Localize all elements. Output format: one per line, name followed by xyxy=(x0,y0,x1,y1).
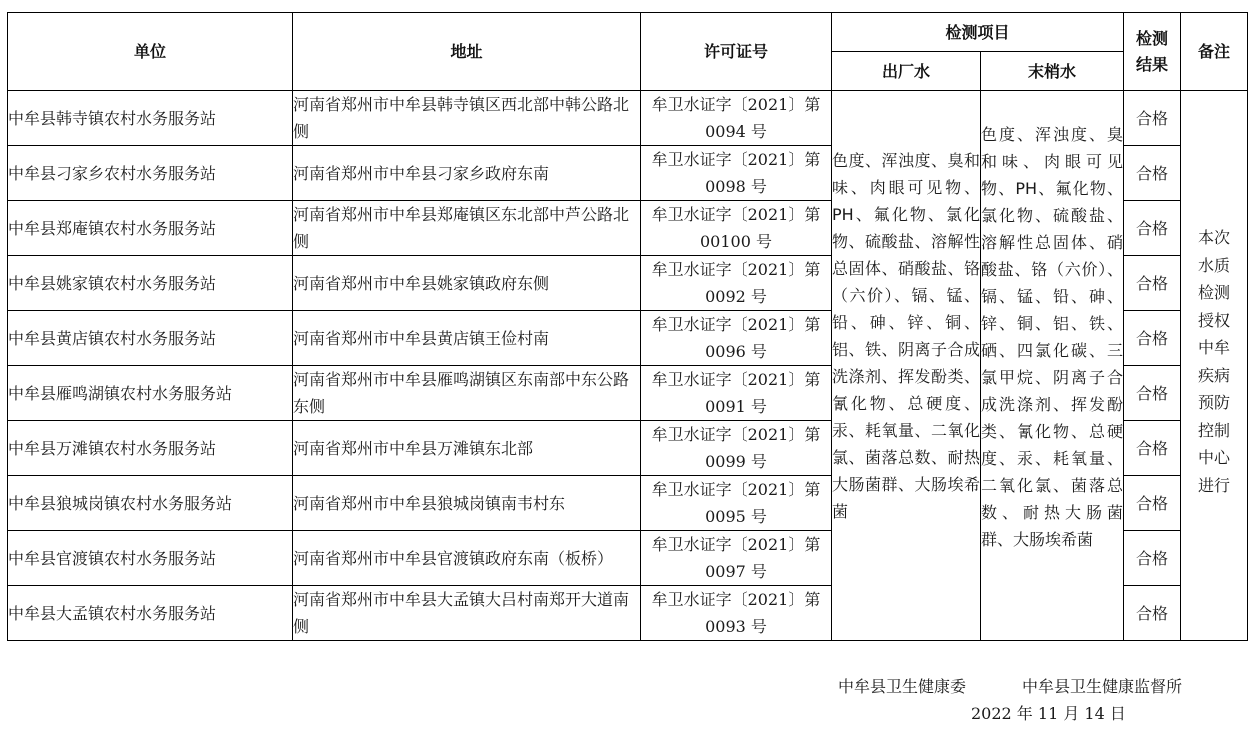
address-cell: 河南省郑州市中牟县韩寺镇区西北部中韩公路北侧 xyxy=(293,91,641,146)
table-row: 中牟县韩寺镇农村水务服务站 河南省郑州市中牟县韩寺镇区西北部中韩公路北侧 牟卫水… xyxy=(8,91,1248,146)
license-number: 0096 号 xyxy=(641,338,831,365)
address-cell: 河南省郑州市中牟县狼城岗镇南韦村东 xyxy=(293,476,641,531)
license-number: 0098 号 xyxy=(641,173,831,200)
remark-text: 本次水质检测授权中牟疾病预防控制中心进行 xyxy=(1197,224,1231,499)
footer-org-supervision-office: 中牟县卫生健康监督所 xyxy=(1022,674,1182,697)
license-cell: 牟卫水证字〔2021〕第0095 号 xyxy=(641,476,832,531)
license-prefix: 牟卫水证字〔2021〕第 xyxy=(641,531,831,558)
result-cell: 合格 xyxy=(1124,256,1181,311)
address-cell: 河南省郑州市中牟县官渡镇政府东南（板桥） xyxy=(293,531,641,586)
header-endpoint-water: 末梢水 xyxy=(981,52,1124,91)
unit-cell: 中牟县韩寺镇农村水务服务站 xyxy=(8,91,293,146)
license-cell: 牟卫水证字〔2021〕第0091 号 xyxy=(641,366,832,421)
license-cell: 牟卫水证字〔2021〕第0098 号 xyxy=(641,146,832,201)
footer-date: 2022 年 11 月 14 日 xyxy=(971,701,1126,724)
header-test-result: 检测结果 xyxy=(1124,13,1181,91)
license-number: 0091 号 xyxy=(641,393,831,420)
header-unit: 单位 xyxy=(8,13,293,91)
unit-cell: 中牟县大孟镇农村水务服务站 xyxy=(8,586,293,641)
license-number: 0095 号 xyxy=(641,503,831,530)
result-cell: 合格 xyxy=(1124,586,1181,641)
license-prefix: 牟卫水证字〔2021〕第 xyxy=(641,146,831,173)
result-cell: 合格 xyxy=(1124,421,1181,476)
result-cell: 合格 xyxy=(1124,311,1181,366)
result-cell: 合格 xyxy=(1124,146,1181,201)
header-test-items: 检测项目 xyxy=(832,13,1124,52)
license-number: 0099 号 xyxy=(641,448,831,475)
license-number: 00100 号 xyxy=(641,228,831,255)
result-cell: 合格 xyxy=(1124,476,1181,531)
result-cell: 合格 xyxy=(1124,531,1181,586)
result-cell: 合格 xyxy=(1124,201,1181,256)
address-cell: 河南省郑州市中牟县郑庵镇区东北部中芦公路北侧 xyxy=(293,201,641,256)
license-cell: 牟卫水证字〔2021〕第0099 号 xyxy=(641,421,832,476)
license-prefix: 牟卫水证字〔2021〕第 xyxy=(641,311,831,338)
header-remarks: 备注 xyxy=(1181,13,1248,91)
license-prefix: 牟卫水证字〔2021〕第 xyxy=(641,91,831,118)
address-cell: 河南省郑州市中牟县雁鸣湖镇区东南部中东公路东侧 xyxy=(293,366,641,421)
unit-cell: 中牟县官渡镇农村水务服务站 xyxy=(8,531,293,586)
water-quality-report-table: 单位 地址 许可证号 检测项目 检测结果 备注 出厂水 末梢水 中牟县韩寺镇农村… xyxy=(7,12,1248,641)
address-cell: 河南省郑州市中牟县黄店镇王俭村南 xyxy=(293,311,641,366)
license-cell: 牟卫水证字〔2021〕第0097 号 xyxy=(641,531,832,586)
unit-cell: 中牟县万滩镇农村水务服务站 xyxy=(8,421,293,476)
header-test-result-label: 检测结果 xyxy=(1134,26,1170,78)
license-number: 0097 号 xyxy=(641,558,831,585)
license-cell: 牟卫水证字〔2021〕第0092 号 xyxy=(641,256,832,311)
endpoint-water-items: 色度、浑浊度、臭和味、肉眼可见物、PH、氟化物、氯化物、硫酸盐、溶解性总固体、硝… xyxy=(981,91,1124,641)
remark-cell: 本次水质检测授权中牟疾病预防控制中心进行 xyxy=(1181,91,1248,641)
license-prefix: 牟卫水证字〔2021〕第 xyxy=(641,201,831,228)
license-prefix: 牟卫水证字〔2021〕第 xyxy=(641,256,831,283)
result-cell: 合格 xyxy=(1124,91,1181,146)
unit-cell: 中牟县刁家乡农村水务服务站 xyxy=(8,146,293,201)
license-prefix: 牟卫水证字〔2021〕第 xyxy=(641,366,831,393)
address-cell: 河南省郑州市中牟县万滩镇东北部 xyxy=(293,421,641,476)
header-address: 地址 xyxy=(293,13,641,91)
license-number: 0094 号 xyxy=(641,118,831,145)
unit-cell: 中牟县郑庵镇农村水务服务站 xyxy=(8,201,293,256)
license-cell: 牟卫水证字〔2021〕第00100 号 xyxy=(641,201,832,256)
outlet-water-items: 色度、浑浊度、臭和味、肉眼可见物、PH、氟化物、氯化物、硫酸盐、溶解性总固体、硝… xyxy=(832,91,981,641)
address-cell: 河南省郑州市中牟县姚家镇政府东侧 xyxy=(293,256,641,311)
license-prefix: 牟卫水证字〔2021〕第 xyxy=(641,476,831,503)
result-cell: 合格 xyxy=(1124,366,1181,421)
license-number: 0092 号 xyxy=(641,283,831,310)
address-cell: 河南省郑州市中牟县大孟镇大吕村南郑开大道南侧 xyxy=(293,586,641,641)
unit-cell: 中牟县狼城岗镇农村水务服务站 xyxy=(8,476,293,531)
header-license: 许可证号 xyxy=(641,13,832,91)
address-cell: 河南省郑州市中牟县刁家乡政府东南 xyxy=(293,146,641,201)
unit-cell: 中牟县姚家镇农村水务服务站 xyxy=(8,256,293,311)
license-prefix: 牟卫水证字〔2021〕第 xyxy=(641,421,831,448)
footer-org-health-commission: 中牟县卫生健康委 xyxy=(838,674,966,697)
footer-signatures: 中牟县卫生健康委中牟县卫生健康监督所 xyxy=(838,674,1182,697)
unit-cell: 中牟县黄店镇农村水务服务站 xyxy=(8,311,293,366)
license-cell: 牟卫水证字〔2021〕第0094 号 xyxy=(641,91,832,146)
license-number: 0093 号 xyxy=(641,613,831,640)
header-outlet-water: 出厂水 xyxy=(832,52,981,91)
license-cell: 牟卫水证字〔2021〕第0096 号 xyxy=(641,311,832,366)
unit-cell: 中牟县雁鸣湖镇农村水务服务站 xyxy=(8,366,293,421)
license-prefix: 牟卫水证字〔2021〕第 xyxy=(641,586,831,613)
license-cell: 牟卫水证字〔2021〕第0093 号 xyxy=(641,586,832,641)
